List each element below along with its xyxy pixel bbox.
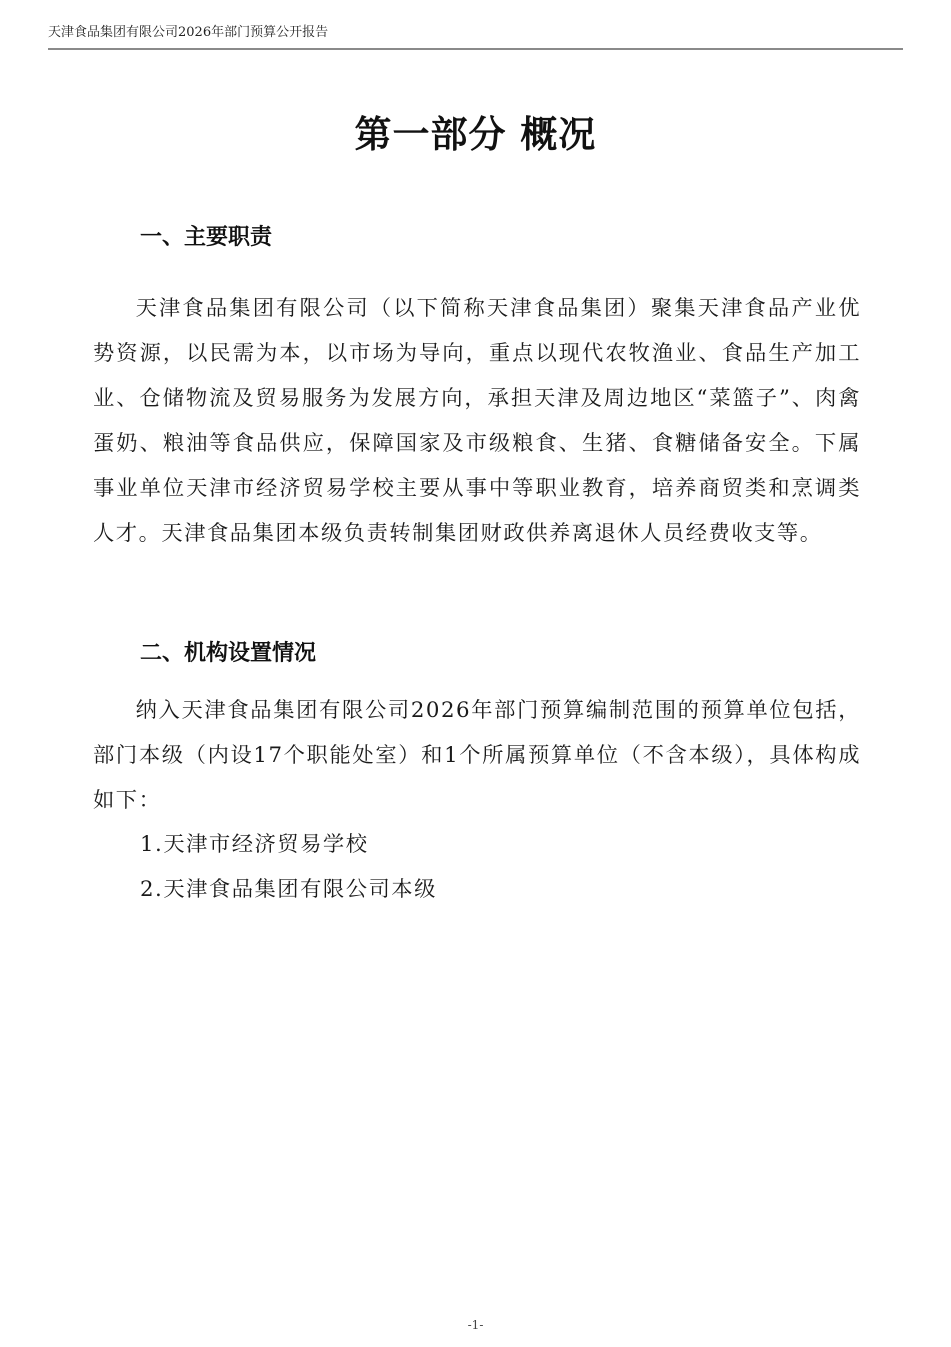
organization-paragraph: 纳入天津食品集团有限公司2026年部门预算编制范围的预算单位包括，部门本级（内设… (93, 688, 861, 823)
page-title: 第一部分 概况 (0, 104, 951, 158)
running-header: 天津食品集团有限公司2026年部门预算公开报告 (48, 24, 903, 50)
list-item-unit-1: 1.天津市经济贸易学校 (140, 822, 369, 867)
page-number: -1- (0, 1318, 951, 1332)
section-heading-organization: 二、机构设置情况 (140, 636, 316, 667)
section-heading-main-duties: 一、主要职责 (140, 220, 272, 251)
main-duties-paragraph: 天津食品集团有限公司（以下简称天津食品集团）聚集天津食品产业优势资源，以民需为本… (93, 286, 861, 556)
list-item-unit-2: 2.天津食品集团有限公司本级 (140, 867, 437, 912)
